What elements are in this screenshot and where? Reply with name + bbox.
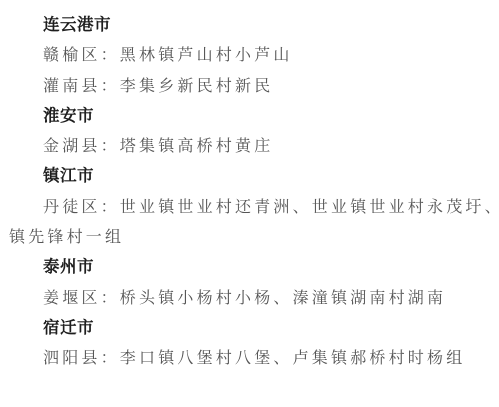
district-entry-dantu: 丹徒区：世业镇世业村还青洲、世业镇世业村永茂圩、世业 bbox=[0, 192, 499, 222]
document-body: 连云港市 赣榆区：黑林镇芦山村小芦山 灌南县：李集乡新民村新民 淮安市 金湖县：… bbox=[0, 10, 499, 374]
city-heading-taizhou: 泰州市 bbox=[0, 252, 499, 282]
district-entry-dantu-continued: 镇先锋村一组 bbox=[0, 222, 499, 252]
district-entry-guannan: 灌南县：李集乡新民村新民 bbox=[0, 71, 499, 101]
district-entry-siyang: 泗阳县：李口镇八堡村八堡、卢集镇郝桥村时杨组 bbox=[0, 343, 499, 373]
district-entry-jinhu: 金湖县：塔集镇高桥村黄庄 bbox=[0, 131, 499, 161]
district-entry-jiangyan: 姜堰区：桥头镇小杨村小杨、溱潼镇湖南村湖南 bbox=[0, 283, 499, 313]
city-heading-huaian: 淮安市 bbox=[0, 101, 499, 131]
district-entry-ganyu: 赣榆区：黑林镇芦山村小芦山 bbox=[0, 40, 499, 70]
city-heading-lianyungang: 连云港市 bbox=[0, 10, 499, 40]
city-heading-suqian: 宿迁市 bbox=[0, 313, 499, 343]
city-heading-zhenjiang: 镇江市 bbox=[0, 161, 499, 191]
